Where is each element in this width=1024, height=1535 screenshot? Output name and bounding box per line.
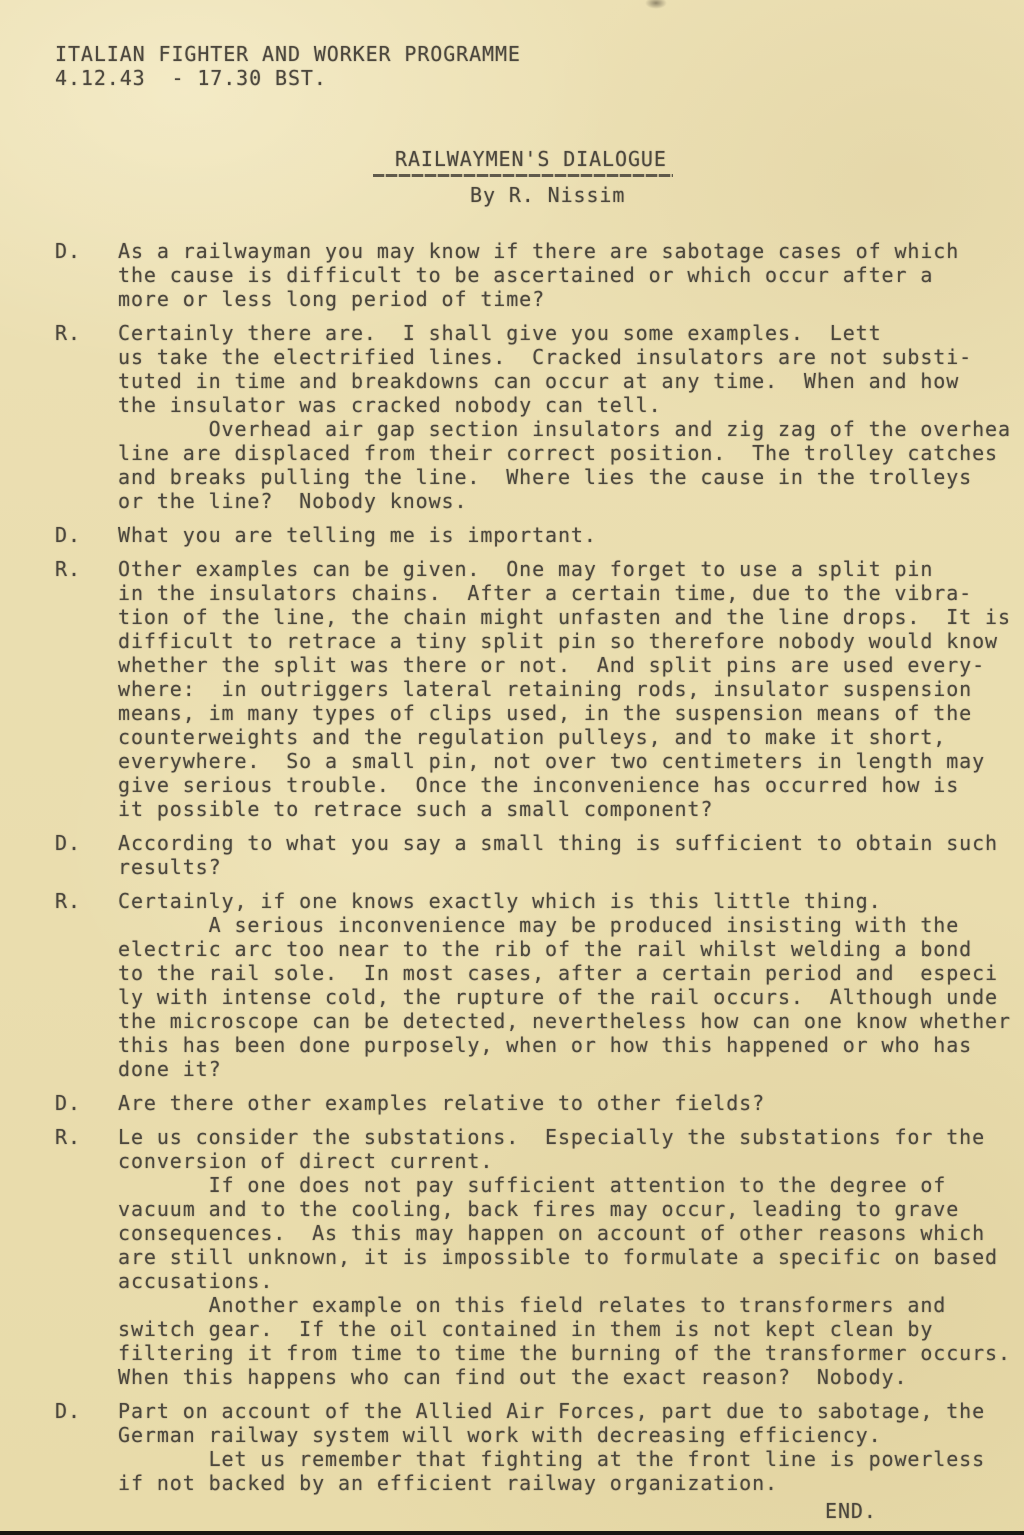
dialogue-text: Certainly, if one knows exactly which is… — [118, 889, 1011, 1081]
program-title: ITALIAN FIGHTER AND WORKER PROGRAMME — [55, 42, 1024, 66]
dialogue-list: D. As a railwayman you may know if there… — [55, 239, 1024, 1495]
dialogue-text: Le us consider the substations. Especial… — [118, 1125, 1011, 1389]
dialogue-text: Certainly there are. I shall give you so… — [118, 321, 1011, 513]
speaker-label: D. — [55, 1399, 118, 1495]
page-title: RAILWAYMEN'S DIALOGUE — [395, 147, 1024, 171]
end-mark: END. — [825, 1499, 1024, 1523]
scan-edge-strip — [0, 1531, 1024, 1535]
dialogue-text: As a railwayman you may know if there ar… — [118, 239, 959, 311]
dialogue-entry: R. Certainly, if one knows exactly which… — [55, 889, 1024, 1081]
speaker-label: D. — [55, 523, 118, 547]
dialogue-entry: R. Le us consider the substations. Espec… — [55, 1125, 1024, 1389]
dialogue-entry: D. Part on account of the Allied Air For… — [55, 1399, 1024, 1495]
dialogue-entry: D. What you are telling me is important. — [55, 523, 1024, 547]
broadcast-datetime: 4.12.43 - 17.30 BST. — [55, 66, 1024, 90]
speaker-label: D. — [55, 831, 118, 879]
byline: By R. Nissim — [470, 183, 1024, 207]
speaker-label: D. — [55, 239, 118, 311]
dialogue-text: Are there other examples relative to oth… — [118, 1091, 765, 1115]
speaker-label: R. — [55, 1125, 118, 1389]
speaker-label: R. — [55, 889, 118, 1081]
speaker-label: R. — [55, 321, 118, 513]
dialogue-text: According to what you say a small thing … — [118, 831, 998, 879]
title-block: RAILWAYMEN'S DIALOGUE By R. Nissim — [55, 147, 1024, 207]
dialogue-text: Part on account of the Allied Air Forces… — [118, 1399, 985, 1495]
dialogue-entry: D. As a railwayman you may know if there… — [55, 239, 1024, 311]
program-header: ITALIAN FIGHTER AND WORKER PROGRAMME 4.1… — [55, 42, 1024, 90]
dialogue-text: What you are telling me is important. — [118, 523, 597, 547]
speaker-label: D. — [55, 1091, 118, 1115]
title-underline — [373, 174, 673, 177]
dialogue-text: Other examples can be given. One may for… — [118, 557, 1011, 821]
dialogue-entry: R. Certainly there are. I shall give you… — [55, 321, 1024, 513]
speaker-label: R. — [55, 557, 118, 821]
dialogue-entry: D. Are there other examples relative to … — [55, 1091, 1024, 1115]
document-page: ITALIAN FIGHTER AND WORKER PROGRAMME 4.1… — [0, 0, 1024, 1523]
dialogue-entry: D. According to what you say a small thi… — [55, 831, 1024, 879]
dialogue-entry: R. Other examples can be given. One may … — [55, 557, 1024, 821]
